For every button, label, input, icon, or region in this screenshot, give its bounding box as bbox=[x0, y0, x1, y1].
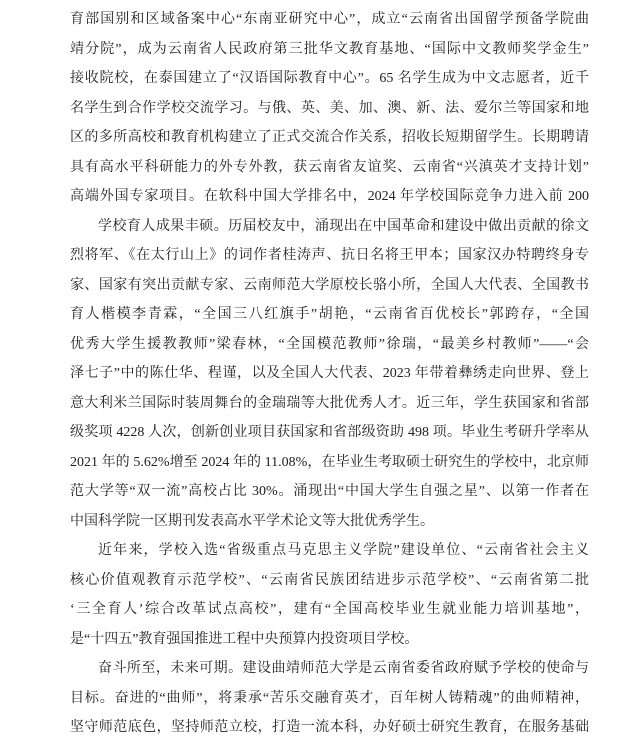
text-line: 名学生到合作学校交流学习。与俄、英、美、加、澳、新、法、爱尔兰等国家和地 bbox=[70, 94, 589, 124]
text-line: 学校育人成果丰硕。历届校友中，涌现出在中国革命和建设中做出贡献的徐文 bbox=[70, 212, 589, 242]
text-line: 区的多所高校和教育机构建立了正式交流合作关系，招收长短期留学生。长期聘请 bbox=[70, 123, 589, 153]
text-line: 范大学等“双一流”高校占比 30%。涌现出“中国大学生自强之星”、以第一作者在 bbox=[70, 477, 589, 507]
text-line: 2021 年的 5.62%增至 2024 年的 11.08%，在毕业生考取硕士研… bbox=[70, 448, 589, 478]
text-line: 目标。奋进的“曲师”，将秉承“苦乐交融育英才，百年树人铸精魂”的曲师精神， bbox=[70, 684, 589, 714]
text-line: 优秀大学生援教教师”梁春林，“全国模范教师”徐瑞，“最美乡村教师”——“会 bbox=[70, 330, 589, 360]
text-line: 高端外国专家项目。在软科中国大学排名中，2024 年学校国际竞争力进入前 200… bbox=[70, 182, 589, 212]
text-line: 核心价值观教育示范学校”、“云南省民族团结进步示范学校”、“云南省第二批 bbox=[70, 566, 589, 596]
text-line: 育部国别和区域备案中心“东南亚研究中心”，成立“云南省出国留学预备学院曲 bbox=[70, 5, 589, 35]
text-line: 接收院校，在泰国建立了“汉语国际教育中心”。65 名学生成为中文志愿者，近千 bbox=[70, 64, 589, 94]
text-line: 中国科学院一区期刊发表高水平学术论文等大批优秀学生。 bbox=[70, 507, 589, 537]
text-line: 泽七子”中的陈仕华、程谨，以及全国人大代表、2023 年带着彝绣走向世界、登上 bbox=[70, 359, 589, 389]
text-line: 意大利米兰国际时装周舞台的金瑞瑞等大批优秀人才。近三年，学生获国家和省部 bbox=[70, 389, 589, 419]
text-line: 烈将军、《在太行山上》的词作者桂涛声、抗日名将王甲本；国家汉办特聘终身专 bbox=[70, 241, 589, 271]
text-line: 靖分院”，成为云南省人民政府第三批华文教育基地、“国际中文教师奖学金生” bbox=[70, 35, 589, 65]
text-line: 是“十四五”教育强国推进工程中央预算内投资项目学校。 bbox=[70, 625, 589, 655]
document-page: 育部国别和区域备案中心“东南亚研究中心”，成立“云南省出国留学预备学院曲靖分院”… bbox=[0, 0, 629, 744]
document-body: 育部国别和区域备案中心“东南亚研究中心”，成立“云南省出国留学预备学院曲靖分院”… bbox=[70, 5, 589, 743]
text-line: ‘三全育人’综合改革试点高校”，建有“全国高校毕业生就业能力培训基地”， bbox=[70, 595, 589, 625]
text-line: 家、国家有突出贡献专家、云南师范大学原校长骆小所，全国人大代表、全国教书 bbox=[70, 271, 589, 301]
text-line: 育人楷模李青霖，“全国三八红旗手”胡艳，“云南省百优校长”郭跨存，“全国 bbox=[70, 300, 589, 330]
text-line: 奋斗所至，未来可期。建设曲靖师范大学是云南省委省政府赋予学校的使命与 bbox=[70, 654, 589, 684]
text-line: 具有高水平科研能力的外专外教，获云南省友谊奖、云南省“兴滇英才支持计划” bbox=[70, 153, 589, 183]
text-line: 坚守师范底色，坚持师范立校，打造一流本科，办好硕士研究生教育，在服务基础 bbox=[70, 713, 589, 743]
text-line: 近年来，学校入选“省级重点马克思主义学院”建设单位、“云南省社会主义 bbox=[70, 536, 589, 566]
text-line: 级奖项 4228 人次，创新创业项目获国家和省部级资助 498 项。毕业生考研升… bbox=[70, 418, 589, 448]
